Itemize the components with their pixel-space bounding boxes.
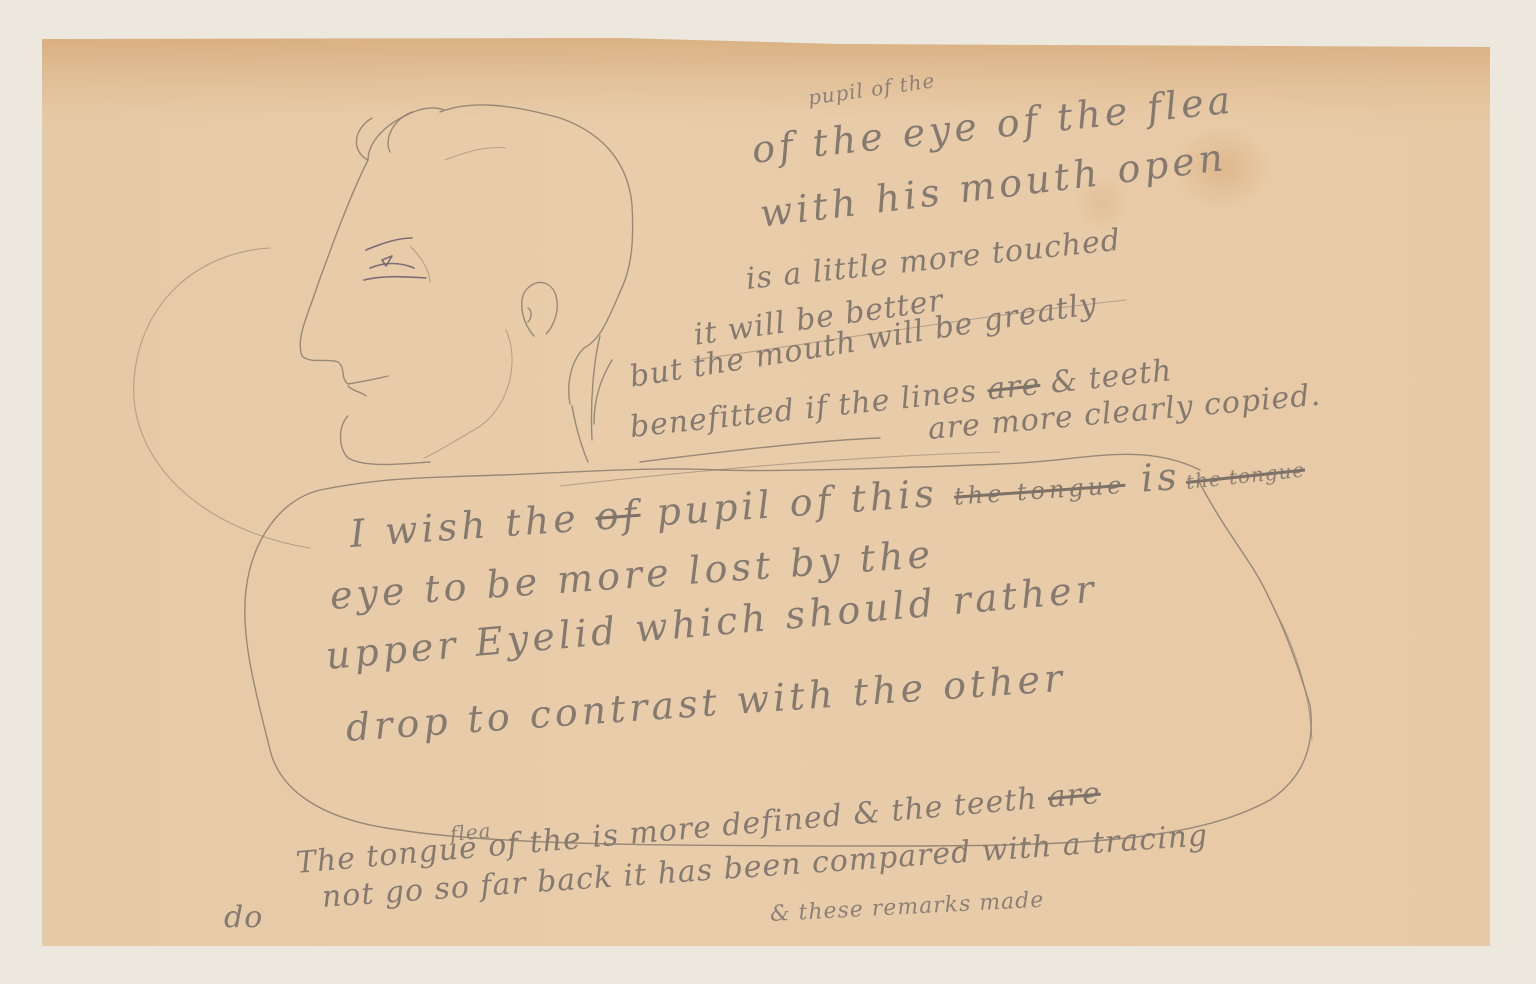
struck-word-are-bottom: are	[1046, 776, 1102, 815]
struck-word-of: of	[594, 492, 642, 539]
struck-word-are: are	[986, 367, 1042, 407]
margin-do: do	[224, 900, 263, 935]
loop-line-1-text-c: is	[1139, 454, 1182, 501]
